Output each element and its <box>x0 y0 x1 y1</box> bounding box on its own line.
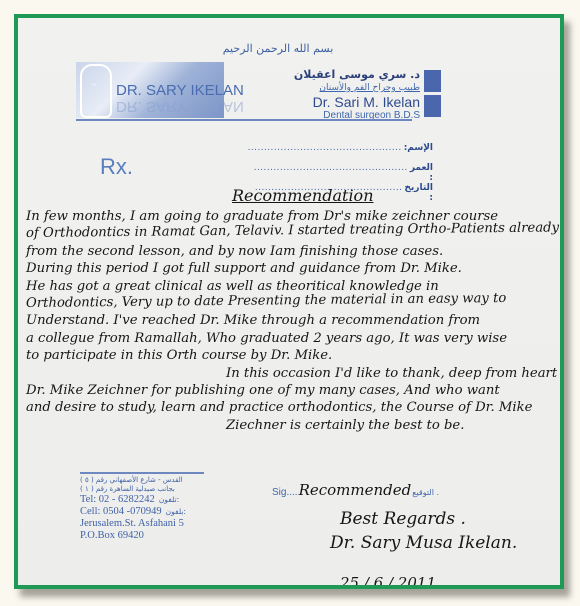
tel-row: Tel: 02 - 6282242 تلفون: <box>80 494 204 506</box>
sig-label-arabic: التوقيع . <box>412 488 439 497</box>
field-name: ........................................… <box>263 142 433 162</box>
sig-label: Sig.... <box>272 487 298 498</box>
doctor-name-arabic: د. سري موسى اعقيلان <box>286 68 420 82</box>
letter-line: to participate in this Orth course by Dr… <box>26 347 551 364</box>
street-address: Jerusalem.St. Asfahani 5 <box>80 518 204 530</box>
letter-line: from the second lesson, and by now Iam f… <box>26 243 551 260</box>
rx-label: Rx. <box>100 154 133 180</box>
letter-body: In few months, I am going to graduate fr… <box>26 208 551 434</box>
field-age-value: ........................................… <box>254 162 408 173</box>
header-divider <box>76 119 412 121</box>
signer-name: Dr. Sary Musa Ikelan. <box>330 533 517 553</box>
field-age: ........................................… <box>263 162 433 182</box>
letter-line: In this occasion I'd like to thank, deep… <box>26 365 551 382</box>
clinic-contact: القدس - شارع الأصفهاني رقم ( ٥ ) بجانب ص… <box>80 472 204 542</box>
sig-value: Recommended <box>299 481 412 499</box>
field-age-label: العمر : <box>410 163 433 183</box>
closing-regards: Best Regards . <box>340 509 466 529</box>
field-name-label: الإسم: <box>404 143 433 153</box>
letter-line: a collegue from Ramallah, Who graduated … <box>26 330 551 347</box>
letter-line: of Orthodontics in Ramat Gan, Telaviv. I… <box>26 220 551 243</box>
letter-line: Understand. I've reached Dr. Mike throug… <box>26 312 551 329</box>
doctor-header: د. سري موسى اعقيلان طبيب وجراح الفم والأ… <box>286 68 420 121</box>
logo-text: DR. SARY IKELAN <box>116 82 244 99</box>
prescription-paper: بسم الله الرحمن الرحيم ᵕ DR. SARY IKELAN… <box>18 18 560 585</box>
logo-reflection: DR. SARY IKELAN <box>116 98 244 115</box>
tel-label-arabic: تلفون: <box>159 494 179 506</box>
tooth-icon: ᵕ <box>80 64 112 118</box>
field-date-label: التاريخ : <box>404 183 433 203</box>
field-name-value: ........................................… <box>248 142 402 153</box>
header-decor-blocks <box>424 70 442 120</box>
doctor-name-english: Dr. Sari M. Ikelan <box>286 95 420 110</box>
clinic-logo: ᵕ DR. SARY IKELAN DR. SARY IKELAN <box>76 62 224 118</box>
po-box: P.O.Box 69420 <box>80 530 204 542</box>
cell-number: Cell: 0504 -070949 <box>80 506 162 518</box>
address-arabic-2: بجانب صيدلية الساهرة رقم ( ١ ) <box>80 485 204 494</box>
address-arabic-1: القدس - شارع الأصفهاني رقم ( ٥ ) <box>80 476 204 485</box>
basmala: بسم الله الرحمن الرحيم <box>198 42 358 55</box>
letter-line: During this period I got full support an… <box>26 260 551 277</box>
signature-line: Sig.... Recommended التوقيع . <box>272 481 439 499</box>
letter-title: Recommendation <box>232 186 374 205</box>
tel-number: Tel: 02 - 6282242 <box>80 494 155 506</box>
letter-line: Dr. Mike Zeichner for publishing one of … <box>26 382 551 399</box>
letter-date: 25 / 6 / 2011. <box>340 574 441 589</box>
cell-label-arabic: بلفون: <box>166 506 186 518</box>
document-frame: بسم الله الرحمن الرحيم ᵕ DR. SARY IKELAN… <box>14 14 564 589</box>
cell-row: Cell: 0504 -070949 بلفون: <box>80 506 204 518</box>
letter-line: Ziechner is certainly the best to be. <box>26 417 551 434</box>
letter-line: and desire to study, learn and practice … <box>26 399 551 416</box>
